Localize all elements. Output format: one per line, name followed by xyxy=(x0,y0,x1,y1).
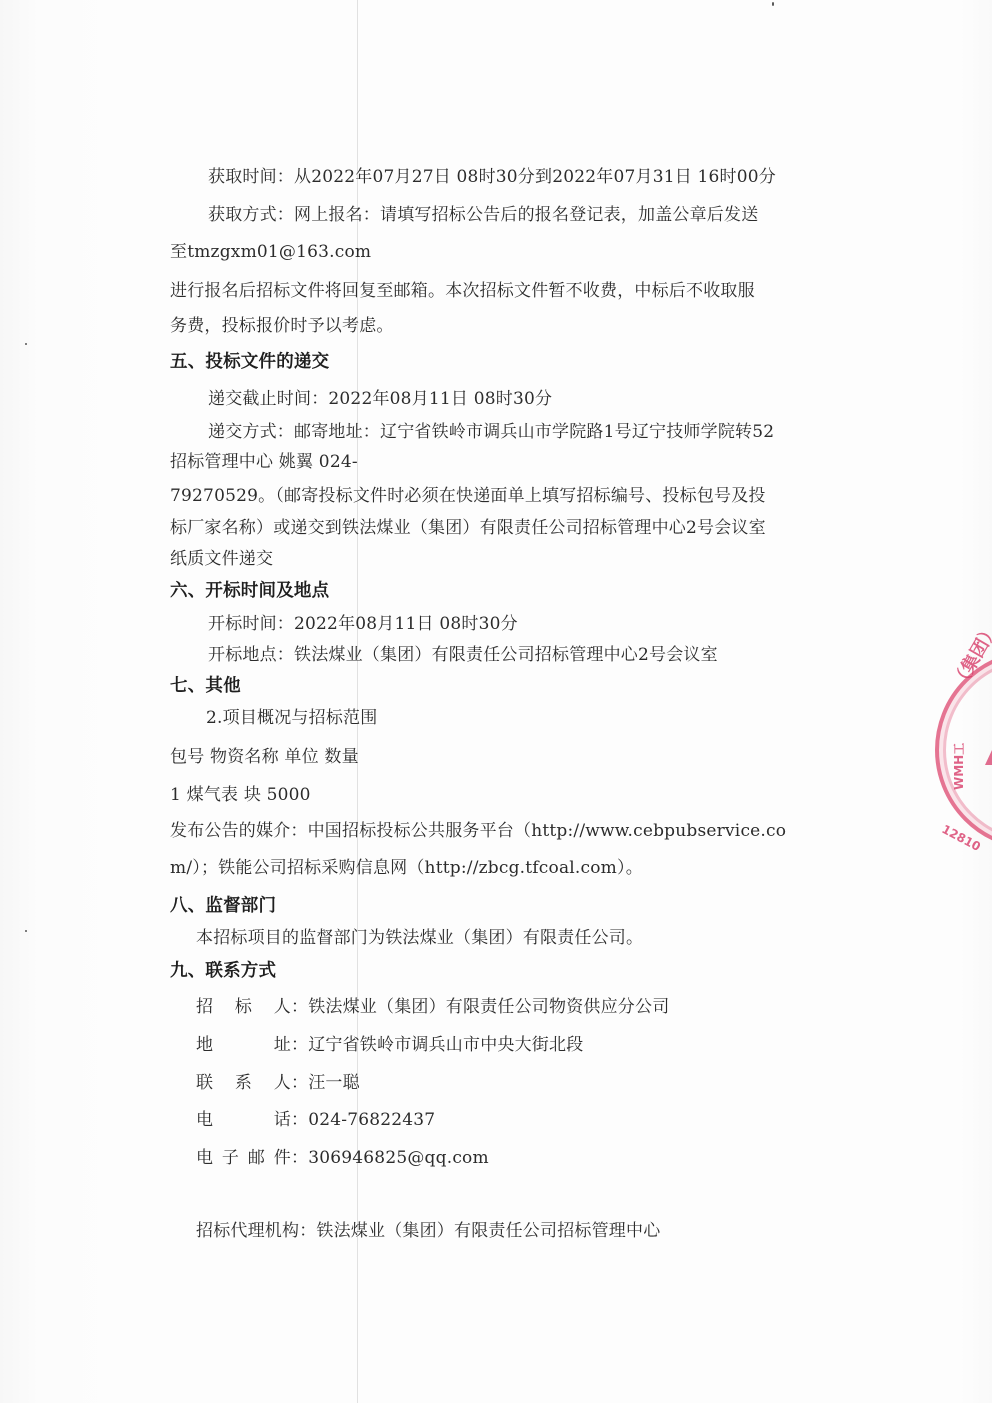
contact-value: 汪一聪 xyxy=(308,1072,360,1094)
contact-label: 电话 xyxy=(196,1109,291,1131)
contact-label: 招标人 xyxy=(196,996,291,1018)
contact-email: 电子邮件 ：306946825@qq.com xyxy=(196,1147,489,1169)
submission-method-1: 递交方式：邮寄地址：辽宁省铁岭市调兵山市学院路1号辽宁技师学院转52 xyxy=(208,421,774,443)
opening-place: 开标地点：铁法煤业（集团）有限责任公司招标管理中心2号会议室 xyxy=(208,644,718,666)
acquisition-method: 获取方式：网上报名：请填写招标公告后的报名登记表，加盖公章后发送 xyxy=(208,204,758,226)
publication-media-1: 发布公告的媒介：中国招标投标公共服务平台（http://www.cebpubse… xyxy=(170,820,786,842)
contact-value: 辽宁省铁岭市调兵山市中央大街北段 xyxy=(308,1034,583,1056)
section-7-heading: 七、其他 xyxy=(170,675,241,697)
contact-value: 铁法煤业（集团）有限责任公司物资供应分公司 xyxy=(308,996,669,1018)
items-table-header: 包号 物资名称 单位 数量 xyxy=(170,746,359,768)
submission-method-4: 标厂家名称）或递交到铁法煤业（集团）有限责任公司招标管理中心2号会议室 xyxy=(170,517,766,539)
tender-agency: 招标代理机构：铁法煤业（集团）有限责任公司招标管理中心 xyxy=(196,1220,660,1242)
section-8-heading: 八、监督部门 xyxy=(170,895,276,917)
supervision-text: 本招标项目的监督部门为铁法煤业（集团）有限责任公司。 xyxy=(196,927,643,949)
seal-text-side: WMH工 xyxy=(950,743,967,790)
acquisition-email: 至tmzgxm01@163.com xyxy=(170,241,371,263)
project-overview-subheading: 2.项目概况与招标范围 xyxy=(206,707,377,729)
contact-label: 地址 xyxy=(196,1034,291,1056)
section-9-heading: 九、联系方式 xyxy=(170,960,276,982)
document-page: 获取时间：从2022年07月27日 08时30分到2022年07月31日 16时… xyxy=(0,0,992,1403)
contact-label: 联系人 xyxy=(196,1072,291,1094)
contact-value: 024-76822437 xyxy=(308,1109,435,1131)
scan-dot xyxy=(25,343,27,345)
scan-dot xyxy=(772,2,774,6)
section-6-heading: 六、开标时间及地点 xyxy=(170,580,329,602)
contact-person: 联系人 ：汪一聪 xyxy=(196,1072,360,1094)
submission-method-3: 79270529。（邮寄投标文件时必须在快递面单上填写招标编号、投标包号及投 xyxy=(170,485,766,507)
opening-time: 开标时间：2022年08月11日 08时30分 xyxy=(208,613,518,635)
items-table-row: 1 煤气表 块 5000 xyxy=(170,784,311,806)
acquisition-reply-2: 务费，投标报价时予以考虑。 xyxy=(170,315,394,337)
contact-value: 306946825@qq.com xyxy=(308,1147,489,1169)
contact-label: 电子邮件 xyxy=(196,1147,291,1169)
submission-method-2: 招标管理中心 姚翼 024- xyxy=(170,451,358,473)
scan-dot xyxy=(25,930,27,932)
section-5-heading: 五、投标文件的递交 xyxy=(170,351,329,373)
acquisition-time: 获取时间：从2022年07月27日 08时30分到2022年07月31日 16时… xyxy=(208,166,776,188)
seal-star-icon xyxy=(985,735,992,765)
acquisition-reply-1: 进行报名后招标文件将回复至邮箱。本次招标文件暂不收费，中标后不收取服 xyxy=(170,280,755,302)
contact-tenderer: 招标人 ：铁法煤业（集团）有限责任公司物资供应分公司 xyxy=(196,996,669,1018)
submission-deadline: 递交截止时间：2022年08月11日 08时30分 xyxy=(208,388,552,410)
contact-phone: 电话 ：024-76822437 xyxy=(196,1109,435,1131)
contact-address: 地址 ：辽宁省铁岭市调兵山市中央大街北段 xyxy=(196,1034,583,1056)
submission-method-5: 纸质文件递交 xyxy=(170,548,273,570)
publication-media-2: m/）；铁能公司招标采购信息网（http://zbcg.tfcoal.com）。 xyxy=(170,857,643,879)
